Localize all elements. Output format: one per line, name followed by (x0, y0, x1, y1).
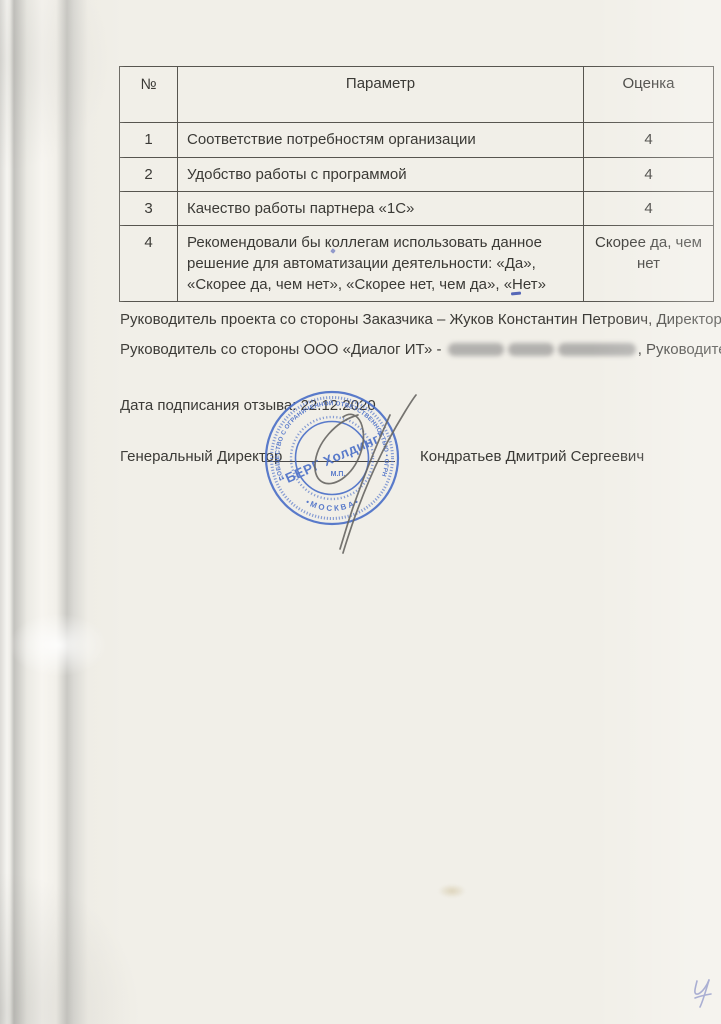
table-cell: 2 (120, 158, 178, 192)
contractor-lead-suffix: , Руководитель проектов (638, 341, 721, 358)
col-header-param: Параметр (178, 67, 584, 123)
paper-smudge (438, 884, 466, 898)
table-row: 1Соответствие потребностям организации4 (120, 123, 714, 158)
table-cell: Рекомендовали бы коллегам использовать д… (178, 226, 584, 302)
scanned-page: № Параметр Оценка 1Соответствие потребно… (0, 0, 721, 1024)
table-cell: 4 (584, 158, 714, 192)
table-cell: 1 (120, 123, 178, 158)
table-row: 4Рекомендовали бы коллегам использовать … (120, 226, 714, 302)
table-cell: 4 (584, 192, 714, 226)
table-cell: 4 (584, 123, 714, 158)
table-row: 2Удобство работы с программой4 (120, 158, 714, 192)
redacted-name-block (508, 343, 554, 356)
table-cell: 4 (120, 226, 178, 302)
contractor-lead-prefix: Руководитель со стороны ООО «Диалог ИТ» … (120, 341, 446, 358)
evaluation-table: № Параметр Оценка 1Соответствие потребно… (119, 66, 714, 302)
table-header-row: № Параметр Оценка (120, 67, 714, 123)
col-header-score: Оценка (584, 67, 714, 123)
stamp-mp-label: М.П. (331, 471, 346, 478)
customer-lead-line: Руководитель проекта со стороны Заказчик… (120, 311, 721, 328)
col-header-num: № (120, 67, 178, 123)
contractor-lead-line: Руководитель со стороны ООО «Диалог ИТ» … (120, 341, 721, 358)
table-cell: 3 (120, 192, 178, 226)
redacted-name-block (558, 343, 636, 356)
redacted-name-block (448, 343, 504, 356)
table-cell: Удобство работы с программой (178, 158, 584, 192)
company-stamp: ОБЩЕСТВО С ОГРАНИЧЕННОЙ ОТВЕТСТВЕННОСТЬЮ… (242, 383, 472, 573)
table-row: 3Качество работы партнера «1С»4 (120, 192, 714, 226)
staple-hole (46, 647, 60, 659)
table-cell: Соответствие потребностям организации (178, 123, 584, 158)
table-cell: Скорее да, чем нет (584, 226, 714, 302)
handwritten-page-number: 4 (690, 976, 716, 1010)
table-cell: Качество работы партнера «1С» (178, 192, 584, 226)
